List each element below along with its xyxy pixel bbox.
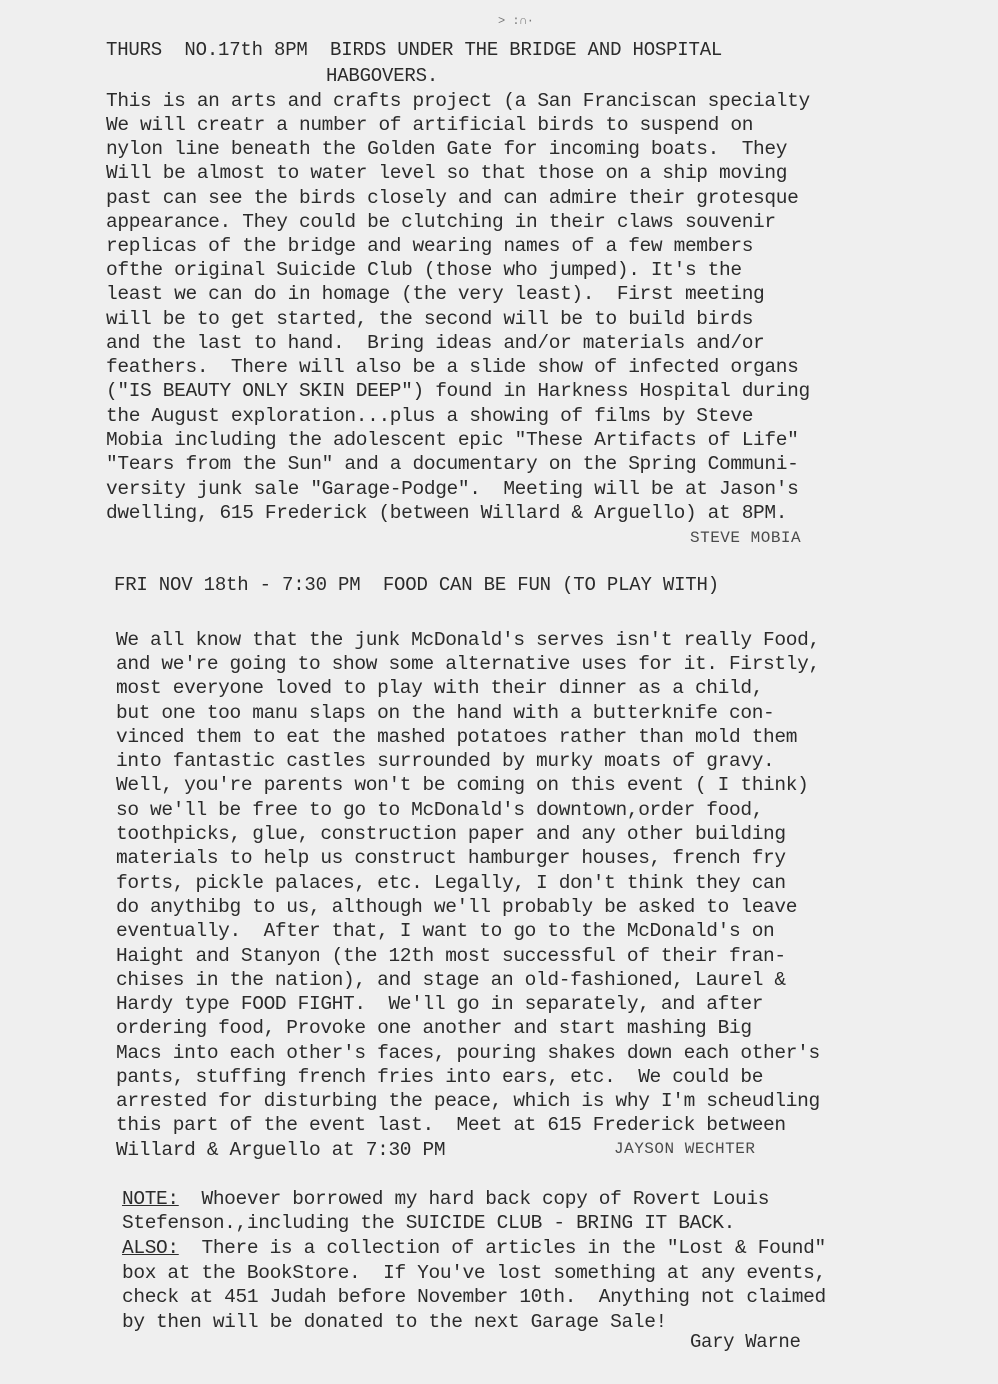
body-line: versity junk sale "Garage-Podge". Meetin…	[106, 477, 798, 501]
event-heading-food: FRI NOV 18th - 7:30 PM FOOD CAN BE FUN (…	[114, 573, 719, 597]
body-line: Hardy type FOOD FIGHT. We'll go in separ…	[116, 992, 763, 1016]
body-line: the August exploration...plus a showing …	[106, 404, 753, 428]
body-line: least we can do in homage (the very leas…	[106, 282, 764, 306]
body-line: Will be almost to water level so that th…	[106, 161, 787, 185]
body-line: We will creatr a number of artificial bi…	[106, 113, 753, 137]
body-line: most everyone loved to play with their d…	[116, 676, 763, 700]
also-line-1: ALSO: There is a collection of articles …	[122, 1236, 826, 1260]
body-line: and the last to hand. Bring ideas and/or…	[106, 331, 764, 355]
body-line: will be to get started, the second will …	[106, 307, 753, 331]
body-line: and we're going to show some alternative…	[116, 652, 820, 676]
body-line: materials to help us construct hamburger…	[116, 846, 786, 870]
event-heading-birds-cont: HABGOVERS.	[326, 64, 438, 88]
body-line: arrested for disturbing the peace, which…	[116, 1089, 820, 1113]
body-line: ofthe original Suicide Club (those who j…	[106, 258, 742, 282]
typewritten-newsletter-page: > :∩· THURS NO.17th 8PM BIRDS UNDER THE …	[0, 0, 998, 1384]
stray-mark: > :∩·	[498, 14, 534, 28]
signature-steve-mobia: STEVE MOBIA	[690, 526, 801, 550]
signature-jayson-wechter: JAYSON WECHTER	[614, 1137, 755, 1161]
body-line: toothpicks, glue, construction paper and…	[116, 822, 786, 846]
also-text: There is a collection of articles in the…	[179, 1237, 826, 1259]
body-line: replicas of the bridge and wearing names…	[106, 234, 753, 258]
body-line: Mobia including the adolescent epic "The…	[106, 428, 798, 452]
event-heading-birds: THURS NO.17th 8PM BIRDS UNDER THE BRIDGE…	[106, 38, 722, 62]
body-line: appearance. They could be clutching in t…	[106, 210, 776, 234]
body-line: We all know that the junk McDonald's ser…	[116, 628, 820, 652]
body-line: forts, pickle palaces, etc. Legally, I d…	[116, 871, 786, 895]
body-line: pants, stuffing french fries into ears, …	[116, 1065, 763, 1089]
body-line: box at the BookStore. If You've lost som…	[122, 1261, 826, 1285]
body-line: ("IS BEAUTY ONLY SKIN DEEP") found in Ha…	[106, 379, 810, 403]
body-line: This is an arts and crafts project (a Sa…	[106, 89, 810, 113]
note-label: NOTE:	[122, 1188, 179, 1210]
body-line: nylon line beneath the Golden Gate for i…	[106, 137, 787, 161]
body-line: eventually. After that, I want to go to …	[116, 919, 774, 943]
signature-gary-warne: Gary Warne	[690, 1330, 801, 1354]
body-line: feathers. There will also be a slide sho…	[106, 355, 798, 379]
also-label: ALSO:	[122, 1237, 179, 1259]
body-line: but one too manu slaps on the hand with …	[116, 701, 774, 725]
body-line: ordering food, Provoke one another and s…	[116, 1016, 752, 1040]
note-line-2: Stefenson.,including the SUICIDE CLUB - …	[122, 1211, 735, 1235]
body-line: Haight and Stanyon (the 12th most succes…	[116, 944, 786, 968]
body-line: Well, you're parents won't be coming on …	[116, 773, 808, 797]
body-line: Willard & Arguello at 7:30 PM	[116, 1138, 445, 1162]
note-line-1: NOTE: Whoever borrowed my hard back copy…	[122, 1187, 769, 1211]
body-line: dwelling, 615 Frederick (between Willard…	[106, 501, 787, 525]
body-line: vinced them to eat the mashed potatoes r…	[116, 725, 797, 749]
body-line: by then will be donated to the next Gara…	[122, 1310, 667, 1334]
body-line: chises in the nation), and stage an old-…	[116, 968, 786, 992]
body-line: Macs into each other's faces, pouring sh…	[116, 1041, 820, 1065]
body-line: so we'll be free to go to McDonald's dow…	[116, 798, 763, 822]
body-line: "Tears from the Sun" and a documentary o…	[106, 452, 798, 476]
body-line: check at 451 Judah before November 10th.…	[122, 1285, 826, 1309]
body-line: into fantastic castles surrounded by mur…	[116, 749, 774, 773]
body-line: do anythibg to us, although we'll probab…	[116, 895, 797, 919]
body-line: past can see the birds closely and can a…	[106, 186, 798, 210]
body-line: this part of the event last. Meet at 615…	[116, 1113, 786, 1137]
note-text: Whoever borrowed my hard back copy of Ro…	[179, 1188, 769, 1210]
